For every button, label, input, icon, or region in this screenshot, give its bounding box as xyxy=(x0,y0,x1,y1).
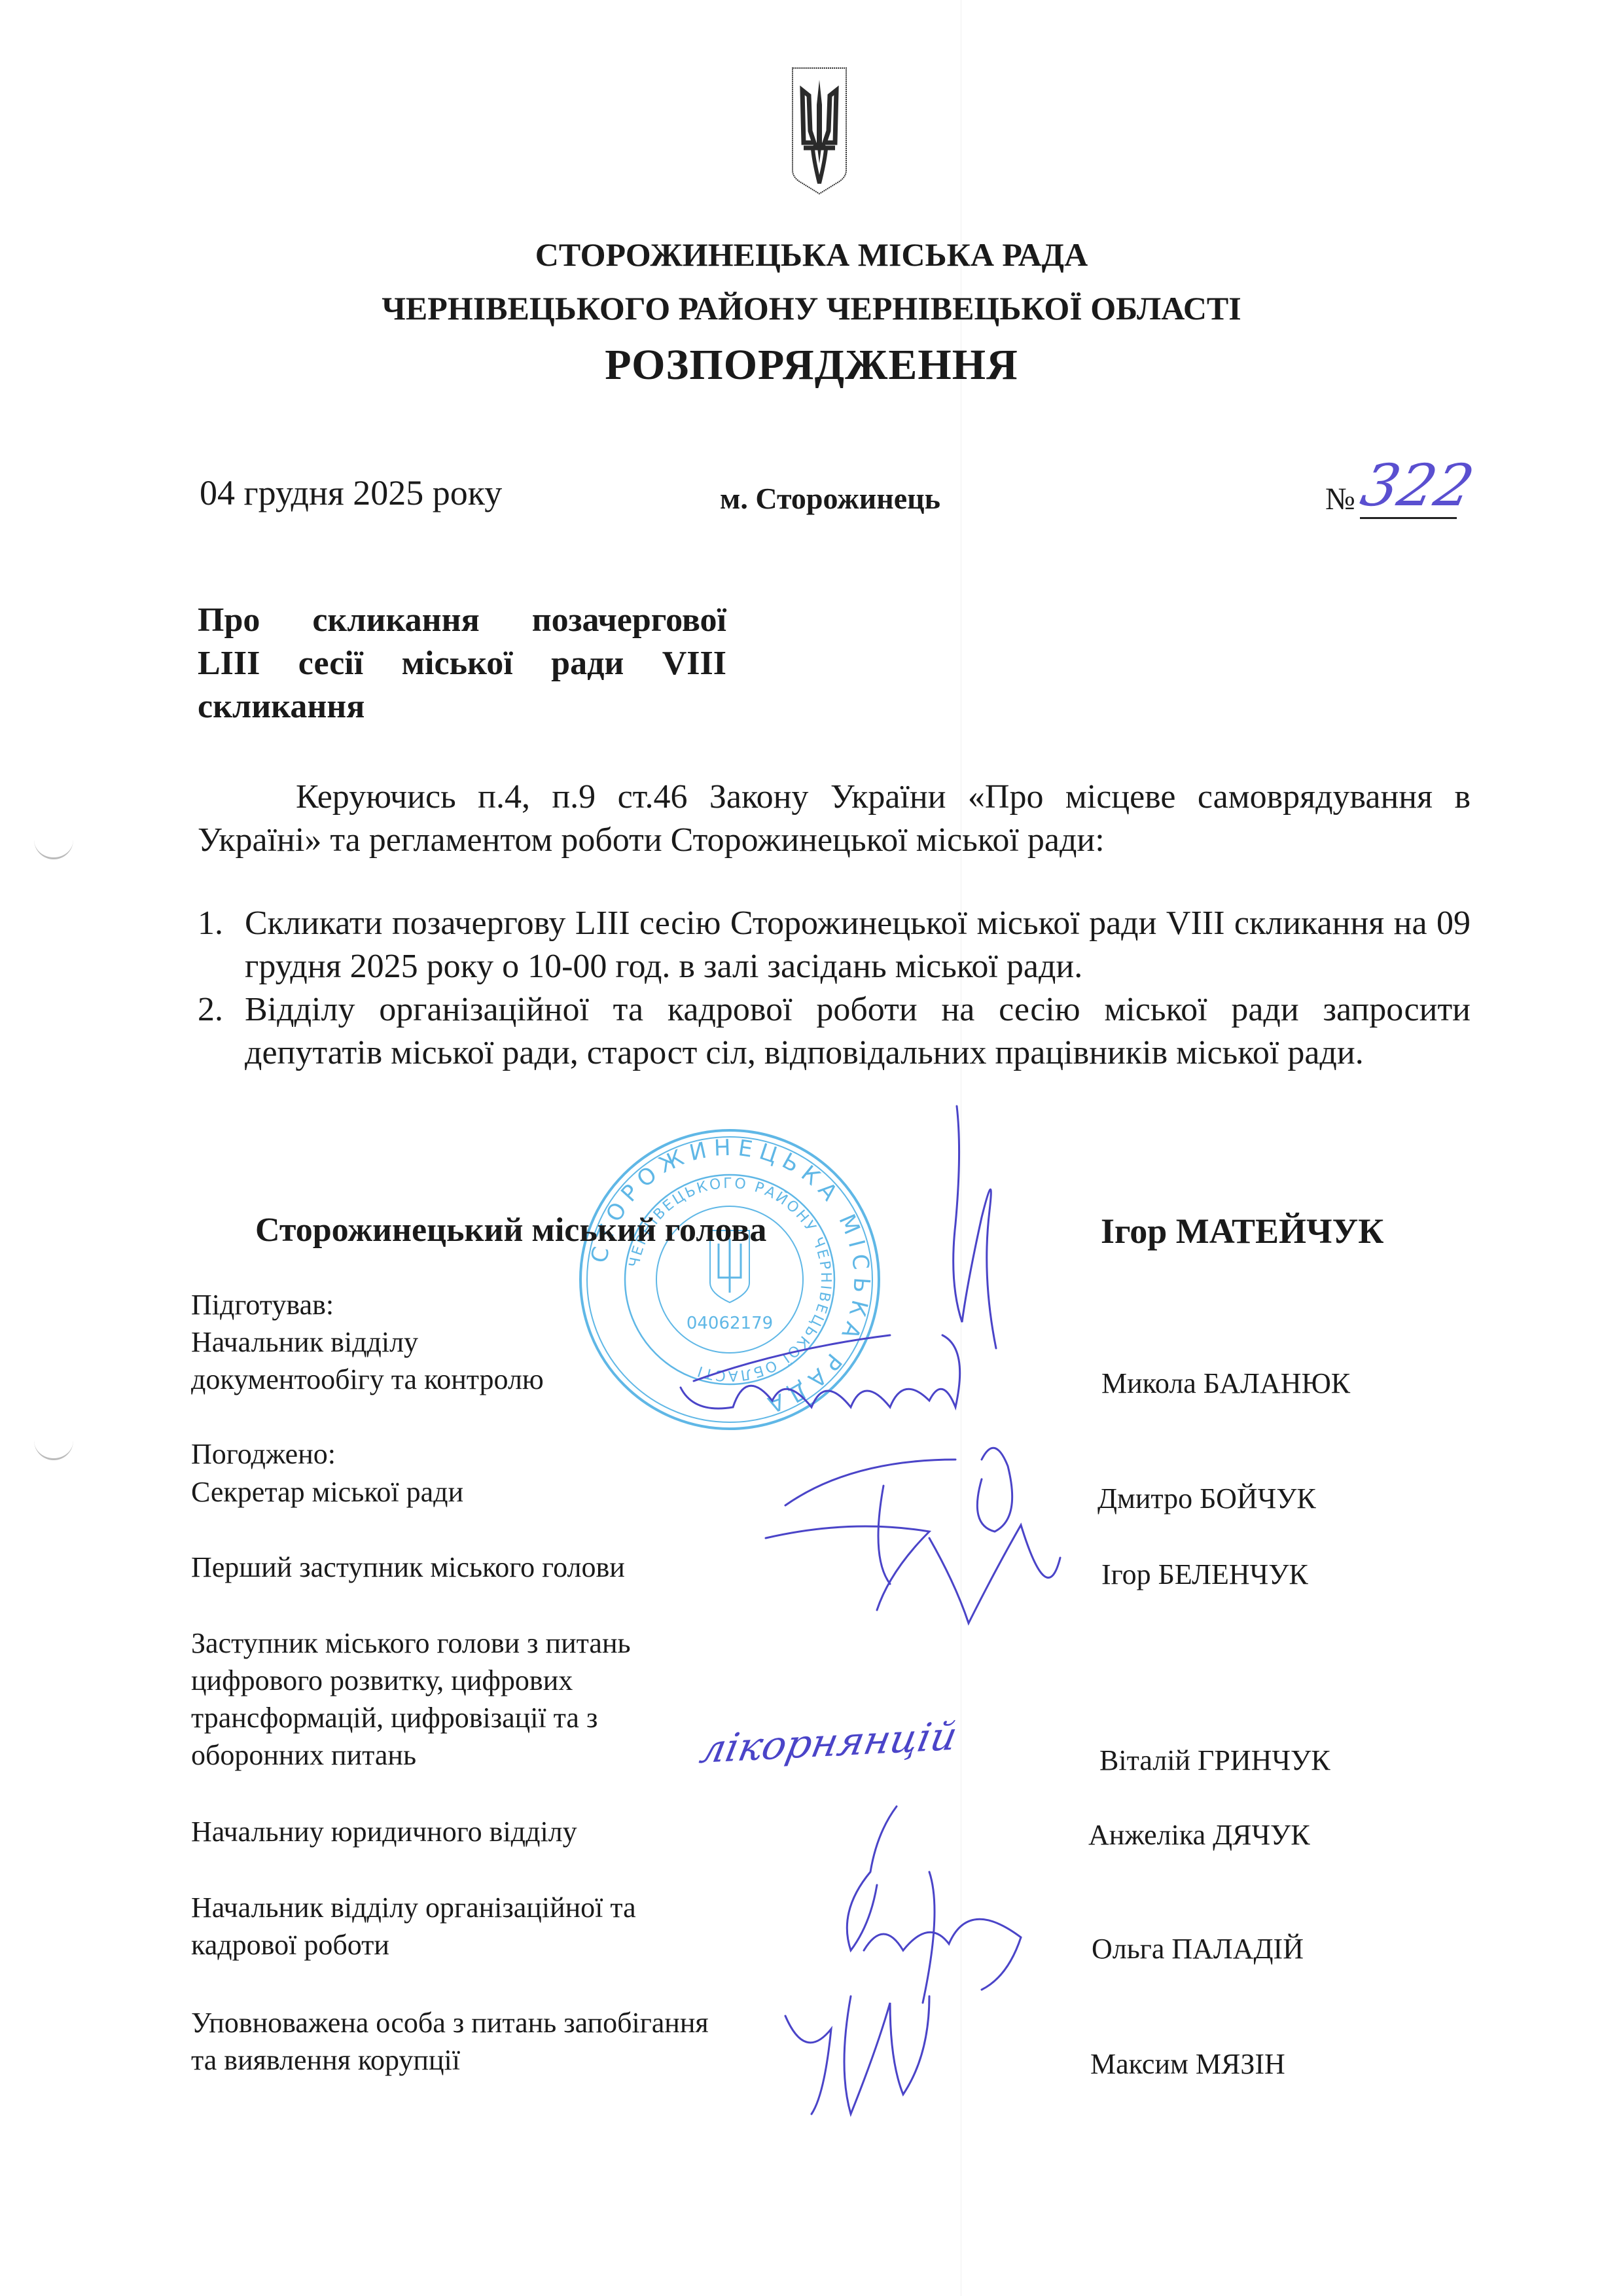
preamble-paragraph: Керуючись п.4, п.9 ст.46 Закону України … xyxy=(198,776,1471,862)
document-type: РОЗПОРЯДЖЕННЯ xyxy=(0,340,1623,390)
approver-signature xyxy=(864,1872,1021,2003)
document-city: м. Сторожинець xyxy=(720,481,940,516)
mayor-signature xyxy=(954,1106,996,1348)
document-number-handwritten: 322 xyxy=(1355,452,1480,519)
title-line: Про скликання позачергової xyxy=(198,599,726,642)
order-item: 2. Відділу організаційної та кадрової ро… xyxy=(198,988,1471,1075)
official-seal-stamp: СТОРОЖИНЕЦЬКА МІСЬКА РАДА ЧЕРНІВЕЦЬКОГО … xyxy=(576,1126,883,1433)
punch-hole-mark xyxy=(34,839,73,859)
mayor-title: Сторожинецький міський голова xyxy=(255,1211,766,1249)
approver-position-line: Начальник відділу організаційної та xyxy=(191,1889,636,1926)
approver-position-line: та виявлення корупції xyxy=(191,2041,460,2079)
district-name: ЧЕРНІВЕЦЬКОГО РАЙОНУ ЧЕРНІВЕЦЬКОЇ ОБЛАСТ… xyxy=(0,289,1623,327)
order-items-list: 1. Скликати позачергову LIII сесію Сторо… xyxy=(198,902,1471,1075)
approver-position-line: Заступник міського голови з питань xyxy=(191,1624,631,1662)
approver-signature xyxy=(847,1806,897,1950)
approver-position-line: Начальниу юридичного відділу xyxy=(191,1813,577,1850)
approver-name: Ольга ПАЛАДІЙ xyxy=(1092,1932,1304,1965)
order-item-text: Відділу організаційної та кадрової робот… xyxy=(245,991,1471,1071)
approver-position-line: оборонних питань xyxy=(191,1736,416,1774)
council-name: СТОРОЖИНЕЦЬКА МІСЬКА РАДА xyxy=(0,236,1623,274)
approver-position-line: Секретар міської ради xyxy=(191,1473,463,1511)
trident-coat-of-arms-icon xyxy=(791,65,848,196)
prepared-position-line: документообігу та контролю xyxy=(191,1361,544,1398)
approver-signature xyxy=(785,1996,929,2114)
approver-signature xyxy=(766,1525,1060,1623)
seal-code: 04062179 xyxy=(687,1314,773,1333)
approver-name: Максим МЯЗІН xyxy=(1090,2047,1285,2081)
approver-position-line: трансформацій, цифровізації та з xyxy=(191,1699,597,1736)
order-item-text: Скликати позачергову LIII сесію Сторожин… xyxy=(245,905,1471,985)
approver-position-line: Перший заступник міського голови xyxy=(191,1549,625,1586)
approver-name: Ігор БЕЛЕНЧУК xyxy=(1101,1558,1308,1591)
document-number-label: № xyxy=(1325,481,1355,517)
approver-position-line: Уповноважена особа з питань запобігання xyxy=(191,2004,709,2041)
document-date: 04 грудня 2025 року xyxy=(200,473,502,513)
order-item-number: 2. xyxy=(198,988,223,1031)
approver-name: Віталій ГРИНЧУК xyxy=(1099,1744,1330,1777)
approver-position-line: кадрової роботи xyxy=(191,1926,389,1964)
approver-name: Анжеліка ДЯЧУК xyxy=(1088,1818,1310,1852)
title-line: скликання xyxy=(198,685,726,728)
order-item: 1. Скликати позачергову LIII сесію Сторо… xyxy=(198,902,1471,988)
mayor-name: Ігор МАТЕЙЧУК xyxy=(1101,1211,1383,1251)
approved-label: Погоджено: xyxy=(191,1435,336,1473)
handwritten-note: лікорнянцій xyxy=(696,1713,961,1772)
punch-hole-mark xyxy=(34,1440,73,1460)
approver-signature xyxy=(785,1448,1012,1584)
prepared-name: Микола БАЛАНЮК xyxy=(1101,1367,1350,1400)
approver-position-line: цифрового розвитку, цифрових xyxy=(191,1662,573,1699)
approver-name: Дмитро БОЙЧУК xyxy=(1097,1482,1316,1515)
document-title: Про скликання позачергової LIII сесії мі… xyxy=(198,599,726,728)
order-item-number: 1. xyxy=(198,902,223,945)
prepared-position-line: Начальник відділу xyxy=(191,1323,418,1361)
title-line: LIII сесії міської ради VIII xyxy=(198,642,726,685)
prepared-by-label: Підготував: xyxy=(191,1286,334,1323)
